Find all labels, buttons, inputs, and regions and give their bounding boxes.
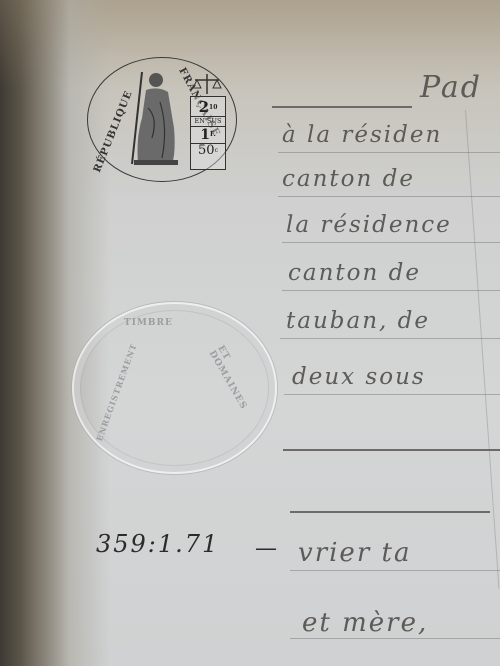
stamp-decimes-fraction: 10 <box>209 104 217 111</box>
handwriting-line-8: vrier ta <box>298 538 411 568</box>
stamp-franc-unit: F. <box>210 131 216 138</box>
handwriting-line-2: à la résiden <box>282 122 442 148</box>
stamp-cents-value: 50 <box>198 143 215 158</box>
stamp-value-box: 210 EN SUS 1F. 50c <box>190 96 226 170</box>
stamp-en-sus: EN SUS <box>191 116 225 127</box>
ruled-line <box>282 242 500 243</box>
handwriting-line-4: la résidence <box>286 212 452 238</box>
ruled-line <box>290 570 500 571</box>
ruled-line <box>284 394 500 395</box>
handwriting-line-7: deux sous <box>292 364 426 390</box>
ruled-line <box>278 196 500 197</box>
stamp-decimes-value: 2 <box>199 98 209 116</box>
embossed-seal: TIMBRE ET DOMAINES ENREGISTREMENT <box>72 302 277 474</box>
handwriting-line-6: tauban, de <box>286 308 430 334</box>
handwriting-line-9: et mère, <box>302 608 428 638</box>
ruled-line <box>280 338 500 339</box>
stamp-cents-unit: c <box>215 147 218 154</box>
stamp-franc-value: 1 <box>200 127 210 143</box>
marianne-figure-icon <box>128 68 180 168</box>
ruled-line <box>290 638 500 639</box>
handwriting-line-1: Pad <box>420 70 482 105</box>
margin-note: 359:1.71 <box>96 530 219 558</box>
handwriting-line-3: canton de <box>282 166 415 192</box>
fiscal-stamp: RÉPUBLIQUE FRANÇAISE 210 EN SUS 1F. 50c <box>87 57 237 182</box>
ruled-line <box>278 152 500 153</box>
seal-text-left: ENREGISTREMENT <box>94 342 139 443</box>
blank-rule <box>290 511 490 513</box>
margin-dash: — <box>255 536 279 561</box>
scales-of-justice-icon <box>192 74 222 96</box>
header-rule <box>272 106 412 108</box>
seal-text-right: ET DOMAINES <box>207 344 258 411</box>
seal-text-top: TIMBRE <box>124 318 173 328</box>
blank-rule <box>283 449 500 451</box>
handwriting-line-5: canton de <box>288 260 421 286</box>
ruled-line <box>282 290 500 291</box>
